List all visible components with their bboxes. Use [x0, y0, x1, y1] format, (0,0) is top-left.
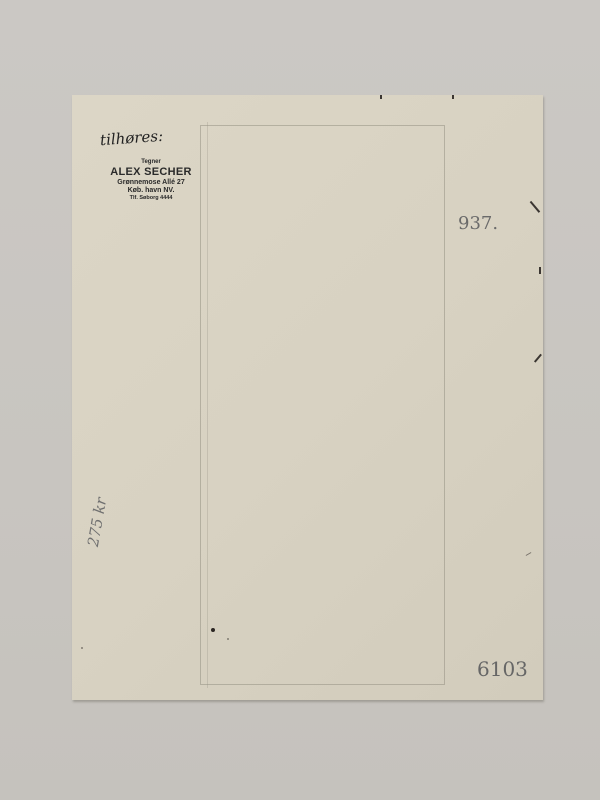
ink-speck — [211, 628, 215, 632]
stamp-address-1: Grønnemose Allé 27 — [96, 179, 206, 187]
stamp-phone: Tlf. Søborg 4444 — [96, 195, 206, 201]
artist-stamp: Tegner ALEX SECHER Grønnemose Allé 27 Kø… — [96, 159, 206, 201]
handwritten-price: 275 kr — [84, 496, 110, 548]
stamp-address-2: Køb. havn NV. — [96, 187, 206, 195]
edge-mark — [452, 95, 454, 99]
paper-sheet: tilhøres: Tegner ALEX SECHER Grønnemose … — [72, 95, 543, 700]
handwritten-number-top: 937. — [458, 213, 498, 234]
edge-mark — [534, 354, 542, 363]
edge-mark — [530, 201, 540, 213]
handwritten-owner-note: tilhøres: — [99, 127, 163, 149]
ink-speck — [81, 647, 83, 649]
stamp-name: ALEX SECHER — [96, 166, 206, 179]
handwritten-number-bottom: 6103 — [477, 657, 528, 681]
edge-mark — [380, 95, 382, 99]
ink-speck — [227, 638, 229, 640]
edge-mark — [539, 267, 541, 274]
stamp-role: Tegner — [96, 159, 206, 166]
edge-mark — [526, 552, 532, 556]
inner-pencil-frame — [200, 125, 445, 685]
